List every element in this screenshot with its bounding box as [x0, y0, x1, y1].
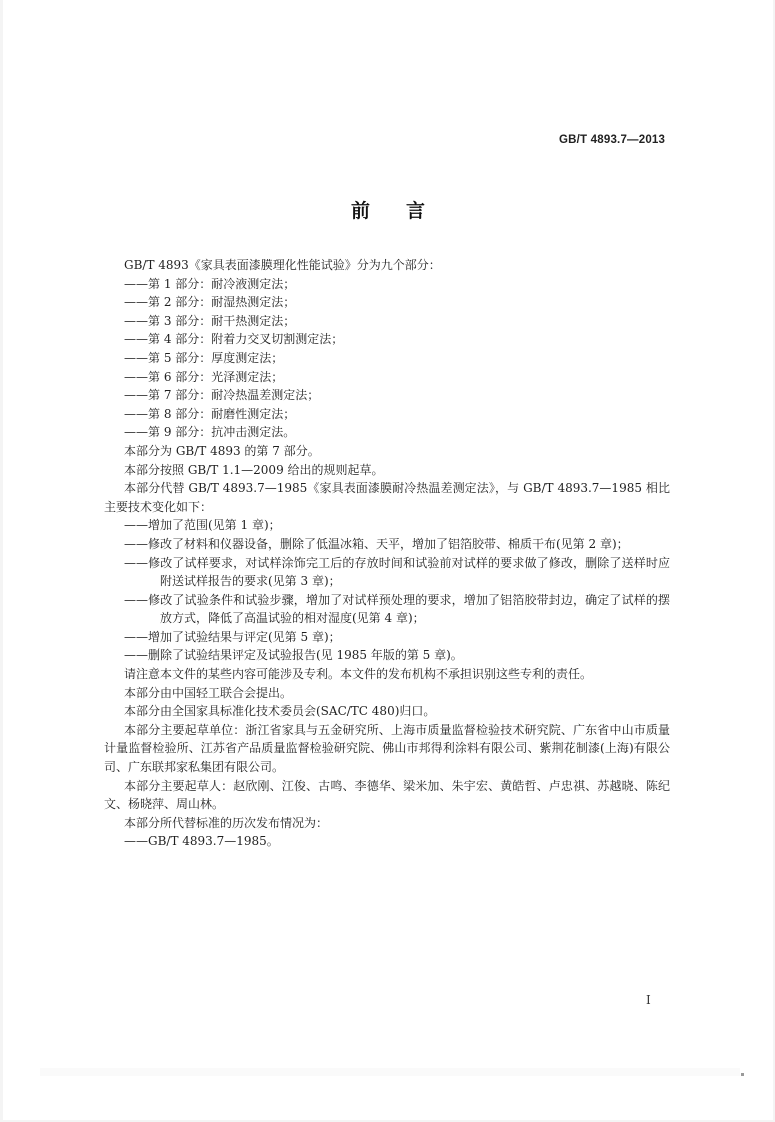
part-list-item: ——第 7 部分：耐冷热温差测定法； — [104, 386, 670, 405]
change-list-item: ——修改了试验条件和试验步骤，增加了对试样预处理的要求，增加了铝箔胶带封边，确定… — [104, 591, 670, 628]
change-list-item: ——修改了试样要求，对试样涂饰完工后的存放时间和试验前对试样的要求做了修改，删除… — [104, 554, 670, 591]
part-list-item: ——第 4 部分：附着力交叉切割测定法； — [104, 330, 670, 349]
scan-artifact-dot — [741, 1073, 744, 1076]
change-list-item: ——删除了试验结果评定及试验报告(见 1985 年版的第 5 章)。 — [104, 646, 670, 665]
part-statement: 本部分为 GB/T 4893 的第 7 部分。 — [104, 442, 670, 461]
part-list-item: ——第 1 部分：耐冷液测定法； — [104, 275, 670, 294]
page-number: I — [646, 993, 651, 1007]
part-list-item: ——第 9 部分：抗冲击测定法。 — [104, 423, 670, 442]
part-list-item: ——第 3 部分：耐干热测定法； — [104, 312, 670, 331]
page-title: 前言 — [3, 196, 773, 223]
replacement-statement: 本部分代替 GB/T 4893.7—1985《家具表面漆膜耐冷热温差测定法》，与… — [104, 479, 670, 516]
previous-editions-heading: 本部分所代替标准的历次发布情况为： — [104, 814, 670, 833]
previous-edition-item: ——GB/T 4893.7—1985。 — [104, 832, 670, 851]
intro-paragraph: GB/T 4893《家具表面漆膜理化性能试验》分为九个部分： — [104, 256, 670, 275]
document-page: GB/T 4893.7—2013 前言 GB/T 4893《家具表面漆膜理化性能… — [3, 0, 773, 1120]
scan-edge-strip — [40, 1068, 740, 1076]
part-list-item: ——第 6 部分：光泽测定法； — [104, 368, 670, 387]
standard-code: GB/T 4893.7—2013 — [559, 134, 665, 146]
drafting-organizations: 本部分主要起草单位：浙江省家具与五金研究所、上海市质量监督检验技术研究院、广东省… — [104, 721, 670, 777]
foreword-body: GB/T 4893《家具表面漆膜理化性能试验》分为九个部分： ——第 1 部分：… — [104, 256, 670, 851]
change-list-item: ——修改了材料和仪器设备，删除了低温冰箱、天平，增加了铝箔胶带、棉质干布(见第 … — [104, 535, 670, 554]
proposed-by: 本部分由中国轻工联合会提出。 — [104, 684, 670, 703]
drafting-rules: 本部分按照 GB/T 1.1—2009 给出的规则起草。 — [104, 461, 670, 480]
part-list-item: ——第 8 部分：耐磨性测定法； — [104, 405, 670, 424]
patent-notice: 请注意本文件的某些内容可能涉及专利。本文件的发布机构不承担识别这些专利的责任。 — [104, 665, 670, 684]
change-list-item: ——增加了范围(见第 1 章)； — [104, 516, 670, 535]
change-list-item: ——增加了试验结果与评定(见第 5 章)； — [104, 628, 670, 647]
drafters: 本部分主要起草人：赵欣刚、江俊、古鸣、李德华、梁米加、朱宇宏、黄皓哲、卢忠祺、苏… — [104, 777, 670, 814]
administered-by: 本部分由全国家具标准化技术委员会(SAC/TC 480)归口。 — [104, 702, 670, 721]
part-list-item: ——第 5 部分：厚度测定法； — [104, 349, 670, 368]
part-list-item: ——第 2 部分：耐湿热测定法； — [104, 293, 670, 312]
